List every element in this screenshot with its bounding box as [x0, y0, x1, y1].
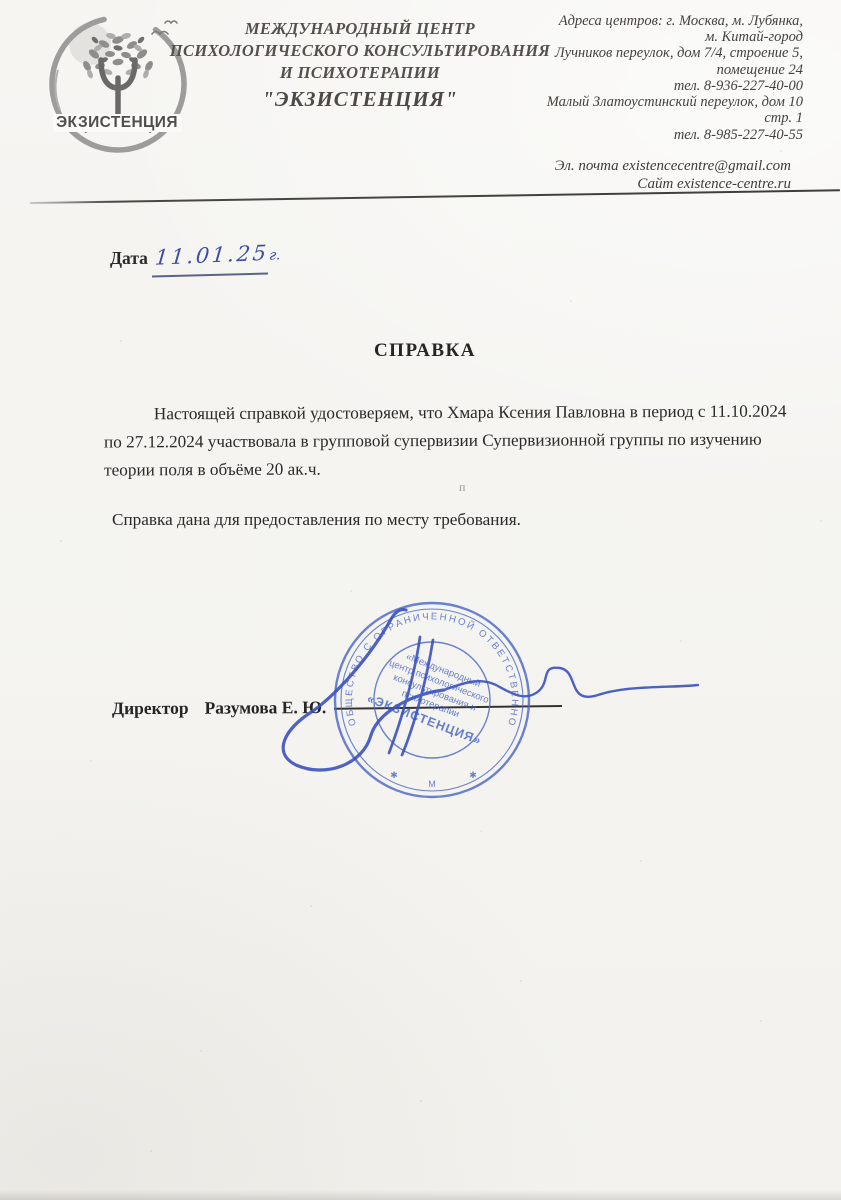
address-line: м. Китай-город	[473, 29, 803, 45]
address-line: тел. 8-985-227-40-55	[473, 127, 803, 143]
date-value: 11.01.25	[154, 241, 270, 270]
scan-artifact-glyph: п	[459, 480, 465, 495]
scanned-certificate-page: ЭКЗИСТЕНЦИЯ МЕЖДУНАРОДНЫЙ ЦЕНТРПСИХОЛОГИ…	[0, 0, 841, 1200]
certificate-paragraph: Настоящей справкой удостоверяем, что Хма…	[104, 397, 800, 484]
address-line: тел. 8-936-227-40-00	[473, 78, 803, 94]
document-title: СПРАВКА	[0, 340, 841, 362]
address-line: Адреса центров: г. Москва, м. Лубянка,	[473, 13, 803, 29]
date-underline	[152, 272, 268, 277]
scan-noise	[0, 0, 2, 2]
date-label: Дата	[110, 248, 148, 269]
address-line: стр. 1	[473, 110, 803, 126]
date-suffix: г.	[268, 247, 281, 264]
director-handwritten-signature	[268, 593, 713, 798]
logo-wordmark: ЭКЗИСТЕНЦИЯ	[53, 114, 181, 132]
contact-block: Эл. почта existencecentre@gmail.com Сайт…	[555, 157, 791, 193]
email-line: Эл. почта existencecentre@gmail.com	[555, 157, 791, 175]
issued-for-line: Справка дана для предоставления по месту…	[112, 510, 521, 530]
handwritten-date: 11.01.25г.	[154, 240, 282, 270]
address-line: Малый Златоустинский переулок, дом 10	[473, 94, 803, 110]
letterhead-divider	[30, 189, 840, 204]
address-line: Лучников переулок, дом 7/4, строение 5,	[473, 45, 803, 61]
address-line: помещение 24	[473, 62, 803, 78]
center-addresses: Адреса центров: г. Москва, м. Лубянка,м.…	[473, 13, 803, 143]
director-role: Директор	[112, 698, 189, 718]
